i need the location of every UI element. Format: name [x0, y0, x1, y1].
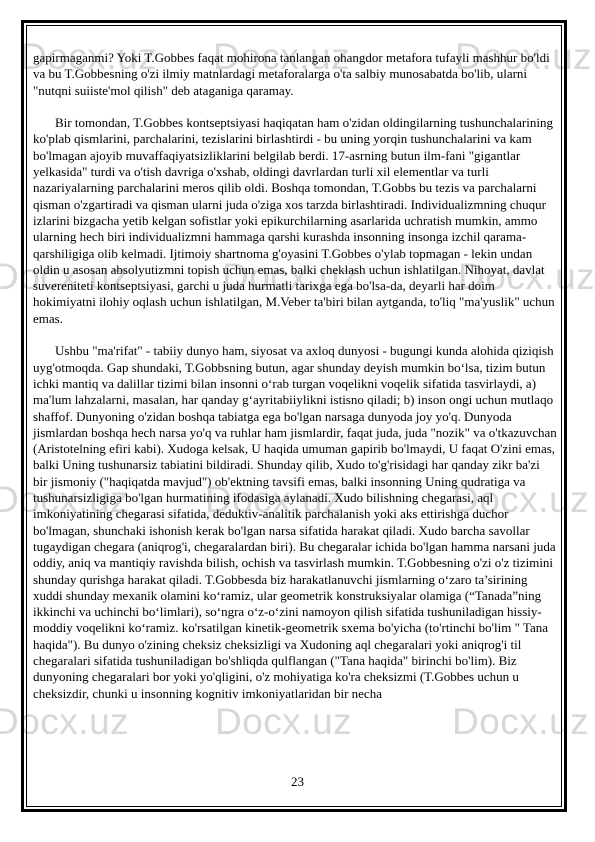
paragraph-continuation: gapirmaganmi? Yoki T.Gobbes faqat mohiro…: [33, 50, 557, 99]
paragraph: Ushbu "ma'rifat" - tabiiy dunyo ham, siy…: [33, 343, 557, 702]
document-body: gapirmaganmi? Yoki T.Gobbes faqat mohiro…: [33, 50, 557, 702]
page-number: 23: [0, 774, 595, 790]
paragraph: Bir tomondan, T.Gobbes kontseptsiyasi ha…: [33, 115, 557, 327]
document-page: Docx.uz Docx.uz Docx.uz Docx.uz Docx.uz …: [0, 0, 595, 842]
